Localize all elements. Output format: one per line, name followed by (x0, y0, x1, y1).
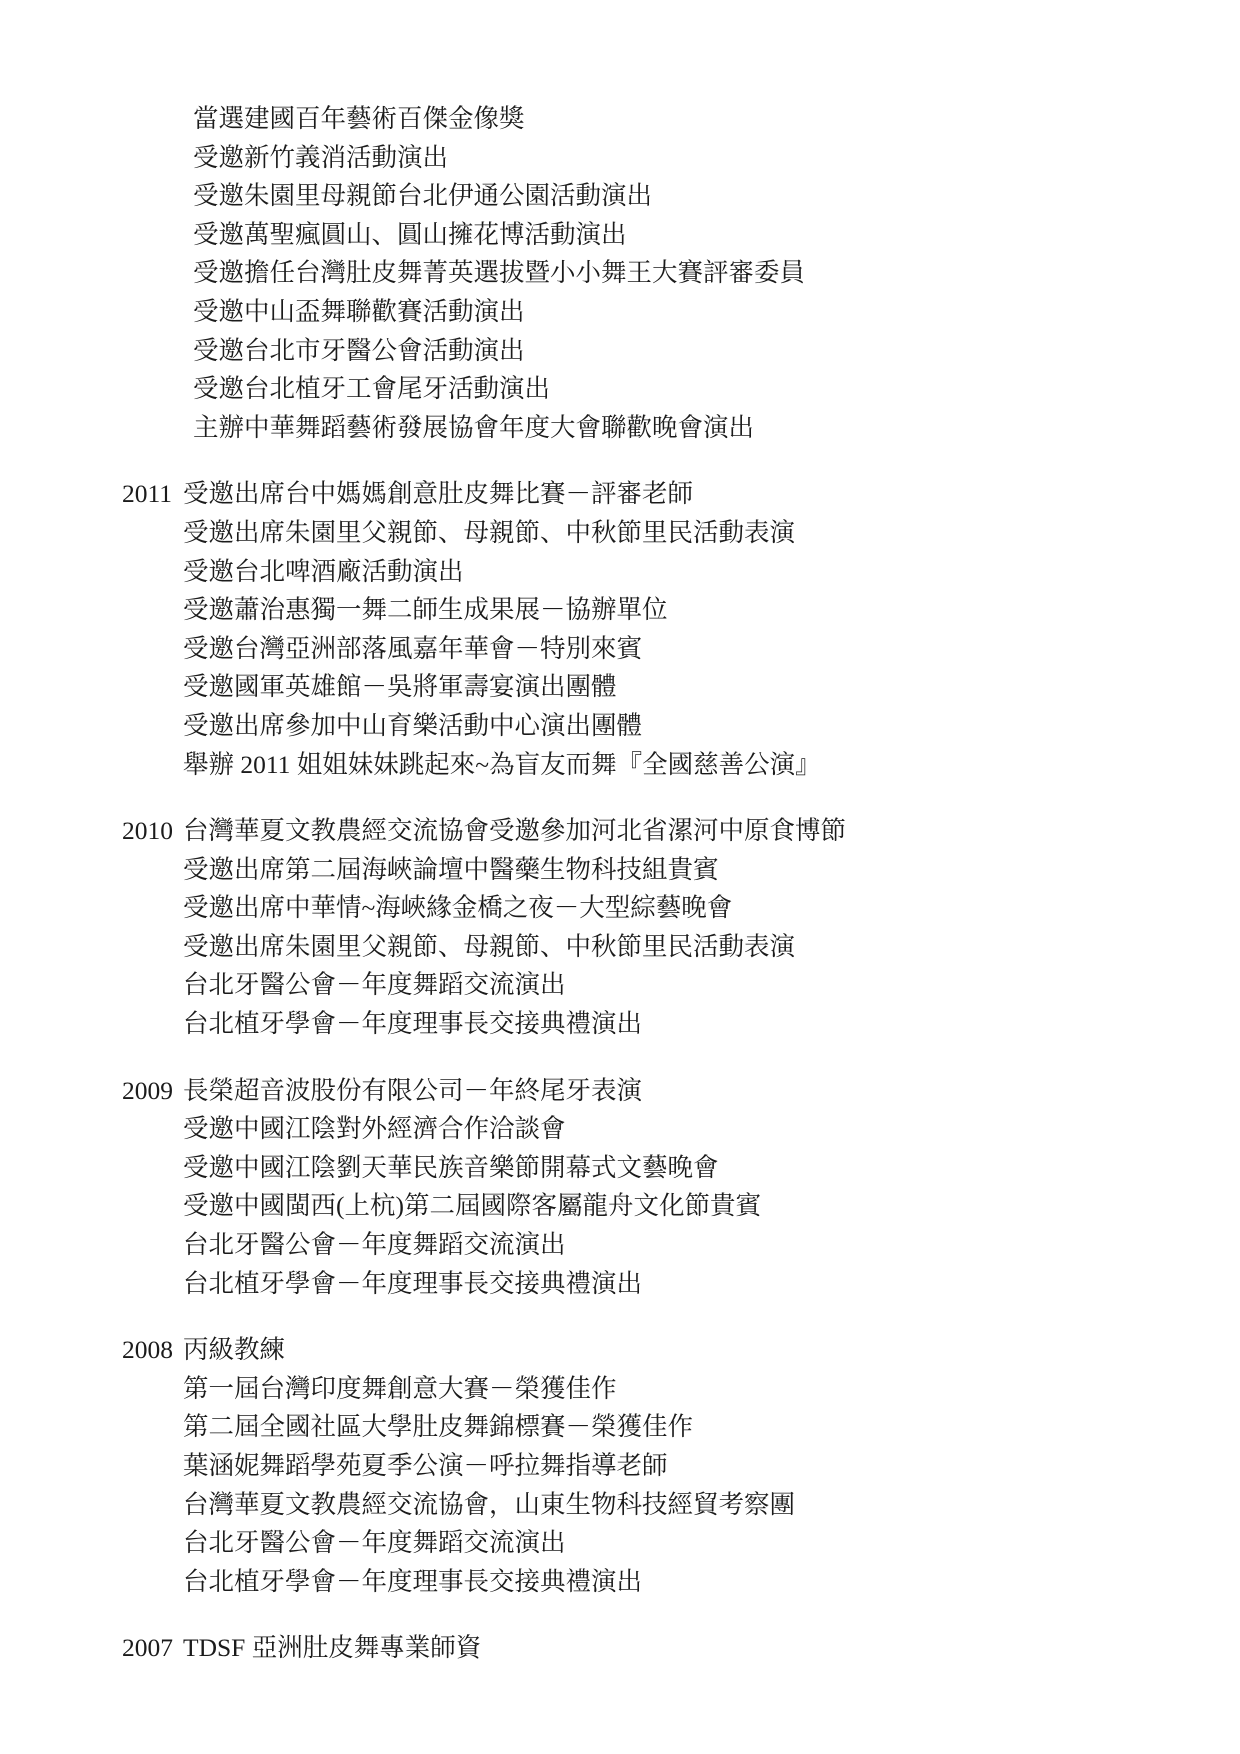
entry-line: 受邀出席中華情~海峽緣金橋之夜－大型綜藝晚會 (122, 889, 846, 928)
entry-line: 第一屆台灣印度舞創意大賽－榮獲佳作 (122, 1370, 846, 1409)
section-2010: 2010台灣華夏文教農經交流協會受邀參加河北省漯河中原食博節 受邀出席第二屆海峽… (122, 812, 846, 1044)
entry-line: 當選建國百年藝術百傑金像獎 (122, 100, 846, 139)
entry-line: 台北植牙學會－年度理事長交接典禮演出 (122, 1005, 846, 1044)
entry-text: 受邀新竹義消活動演出 (193, 143, 448, 172)
entry-text: 受邀朱園里母親節台北伊通公園活動演出 (193, 181, 652, 210)
entry-line: 受邀出席朱園里父親節、母親節、中秋節里民活動表演 (122, 514, 846, 553)
entry-line: 受邀中國江陰劉天華民族音樂節開幕式文藝晚會 (122, 1149, 846, 1188)
entry-line: 受邀台北植牙工會尾牙活動演出 (122, 370, 846, 409)
section-2011: 2011受邀出席台中媽媽創意肚皮舞比賽－評審老師 受邀出席朱園里父親節、母親節、… (122, 475, 846, 784)
entry-line: 台北植牙學會－年度理事長交接典禮演出 (122, 1265, 846, 1304)
entry-text: 受邀國軍英雄館－吳將軍壽宴演出團體 (183, 672, 617, 701)
entry-text: TDSF 亞洲肚皮舞專業師資 (183, 1629, 481, 1668)
entry-line: 葉涵妮舞蹈學苑夏季公演－呼拉舞指導老師 (122, 1447, 846, 1486)
entry-text: 受邀擔任台灣肚皮舞菁英選拔暨小小舞王大賽評審委員 (193, 258, 805, 287)
entry-line: 受邀蕭治惠獨一舞二師生成果展－協辦單位 (122, 591, 846, 630)
entry-text: 受邀出席參加中山育樂活動中心演出團體 (183, 711, 642, 740)
entry-line: 2010台灣華夏文教農經交流協會受邀參加河北省漯河中原食博節 (122, 812, 846, 851)
entry-line: 受邀中國江陰對外經濟合作洽談會 (122, 1110, 846, 1149)
entry-text: 受邀出席中華情~海峽緣金橋之夜－大型綜藝晚會 (183, 893, 732, 922)
entry-line: 台北牙醫公會－年度舞蹈交流演出 (122, 1524, 846, 1563)
entry-text: 受邀中國江陰劉天華民族音樂節開幕式文藝晚會 (183, 1153, 719, 1182)
entry-text: 丙級教練 (183, 1331, 285, 1370)
entry-line: 受邀中山盃舞聯歡賽活動演出 (122, 293, 846, 332)
year-label: 2007 (122, 1629, 183, 1668)
entry-text: 台北植牙學會－年度理事長交接典禮演出 (183, 1269, 642, 1298)
entry-text: 台北牙醫公會－年度舞蹈交流演出 (183, 970, 566, 999)
entry-text: 受邀中國江陰對外經濟合作洽談會 (183, 1114, 566, 1143)
entry-line: 受邀台北市牙醫公會活動演出 (122, 332, 846, 371)
section-2009: 2009長榮超音波股份有限公司－年終尾牙表演 受邀中國江陰對外經濟合作洽談會 受… (122, 1072, 846, 1304)
entry-line: 受邀國軍英雄館－吳將軍壽宴演出團體 (122, 668, 846, 707)
entry-text: 受邀台北啤酒廠活動演出 (183, 557, 464, 586)
year-label: 2011 (122, 475, 183, 514)
entry-line: 2007TDSF 亞洲肚皮舞專業師資 (122, 1629, 846, 1668)
entry-text: 受邀台北市牙醫公會活動演出 (193, 336, 525, 365)
entry-line: 受邀中國閩西(上杭)第二屆國際客屬龍舟文化節貴賓 (122, 1187, 846, 1226)
entry-line: 受邀擔任台灣肚皮舞菁英選拔暨小小舞王大賽評審委員 (122, 254, 846, 293)
entry-line: 2009長榮超音波股份有限公司－年終尾牙表演 (122, 1072, 846, 1111)
entry-line: 台北牙醫公會－年度舞蹈交流演出 (122, 966, 846, 1005)
year-label: 2008 (122, 1331, 183, 1370)
entry-line: 受邀台灣亞洲部落風嘉年華會－特別來賓 (122, 630, 846, 669)
entry-line: 受邀新竹義消活動演出 (122, 139, 846, 178)
year-label: 2010 (122, 812, 183, 851)
entry-line: 台北植牙學會－年度理事長交接典禮演出 (122, 1563, 846, 1602)
entry-text: 台北牙醫公會－年度舞蹈交流演出 (183, 1528, 566, 1557)
entry-line: 受邀台北啤酒廠活動演出 (122, 553, 846, 592)
entry-text: 受邀台灣亞洲部落風嘉年華會－特別來賓 (183, 634, 642, 663)
entry-text: 受邀中國閩西(上杭)第二屆國際客屬龍舟文化節貴賓 (183, 1191, 761, 1220)
entry-text: 主辦中華舞蹈藝術發展協會年度大會聯歡晚會演出 (193, 413, 754, 442)
section-2007: 2007TDSF 亞洲肚皮舞專業師資 (122, 1629, 846, 1668)
entry-text: 長榮超音波股份有限公司－年終尾牙表演 (183, 1072, 642, 1111)
entry-line: 第二屆全國社區大學肚皮舞錦標賽－榮獲佳作 (122, 1408, 846, 1447)
entry-line: 受邀萬聖瘋圓山、圓山擁花博活動演出 (122, 216, 846, 255)
year-label: 2009 (122, 1072, 183, 1111)
entry-line: 2011受邀出席台中媽媽創意肚皮舞比賽－評審老師 (122, 475, 846, 514)
entry-line: 受邀出席第二屆海峽論壇中醫藥生物科技組貴賓 (122, 851, 846, 890)
entry-text: 台灣華夏文教農經交流協會受邀參加河北省漯河中原食博節 (183, 812, 846, 851)
entry-text: 台灣華夏文教農經交流協會，山東生物科技經貿考察團 (183, 1490, 795, 1519)
entry-text: 受邀萬聖瘋圓山、圓山擁花博活動演出 (193, 220, 627, 249)
entry-text: 當選建國百年藝術百傑金像獎 (193, 104, 525, 133)
entry-line: 受邀朱園里母親節台北伊通公園活動演出 (122, 177, 846, 216)
entry-text: 受邀中山盃舞聯歡賽活動演出 (193, 297, 525, 326)
entry-text: 舉辦 2011 姐姐妹妹跳起來~為盲友而舞『全國慈善公演』 (183, 750, 821, 779)
section-continued: 當選建國百年藝術百傑金像獎 受邀新竹義消活動演出 受邀朱園里母親節台北伊通公園活… (122, 100, 846, 447)
entry-line: 2008丙級教練 (122, 1331, 846, 1370)
entry-line: 台灣華夏文教農經交流協會，山東生物科技經貿考察團 (122, 1486, 846, 1525)
entry-line: 主辦中華舞蹈藝術發展協會年度大會聯歡晚會演出 (122, 409, 846, 448)
entry-text: 受邀出席朱園里父親節、母親節、中秋節里民活動表演 (183, 932, 795, 961)
entry-text: 台北植牙學會－年度理事長交接典禮演出 (183, 1009, 642, 1038)
entry-text: 第一屆台灣印度舞創意大賽－榮獲佳作 (183, 1374, 617, 1403)
entry-line: 舉辦 2011 姐姐妹妹跳起來~為盲友而舞『全國慈善公演』 (122, 746, 846, 785)
entry-text: 受邀台北植牙工會尾牙活動演出 (193, 374, 550, 403)
entry-text: 第二屆全國社區大學肚皮舞錦標賽－榮獲佳作 (183, 1412, 693, 1441)
resume-page: 當選建國百年藝術百傑金像獎 受邀新竹義消活動演出 受邀朱園里母親節台北伊通公園活… (0, 0, 1240, 1754)
entry-text: 台北牙醫公會－年度舞蹈交流演出 (183, 1230, 566, 1259)
entry-text: 葉涵妮舞蹈學苑夏季公演－呼拉舞指導老師 (183, 1451, 668, 1480)
entry-text: 受邀蕭治惠獨一舞二師生成果展－協辦單位 (183, 595, 668, 624)
achievements-document: 當選建國百年藝術百傑金像獎 受邀新竹義消活動演出 受邀朱園里母親節台北伊通公園活… (122, 100, 846, 1668)
entry-line: 受邀出席參加中山育樂活動中心演出團體 (122, 707, 846, 746)
entry-text: 台北植牙學會－年度理事長交接典禮演出 (183, 1567, 642, 1596)
entry-text: 受邀出席朱園里父親節、母親節、中秋節里民活動表演 (183, 518, 795, 547)
entry-text: 受邀出席台中媽媽創意肚皮舞比賽－評審老師 (183, 475, 693, 514)
entry-text: 受邀出席第二屆海峽論壇中醫藥生物科技組貴賓 (183, 855, 719, 884)
entry-line: 受邀出席朱園里父親節、母親節、中秋節里民活動表演 (122, 928, 846, 967)
section-2008: 2008丙級教練 第一屆台灣印度舞創意大賽－榮獲佳作 第二屆全國社區大學肚皮舞錦… (122, 1331, 846, 1601)
entry-line: 台北牙醫公會－年度舞蹈交流演出 (122, 1226, 846, 1265)
